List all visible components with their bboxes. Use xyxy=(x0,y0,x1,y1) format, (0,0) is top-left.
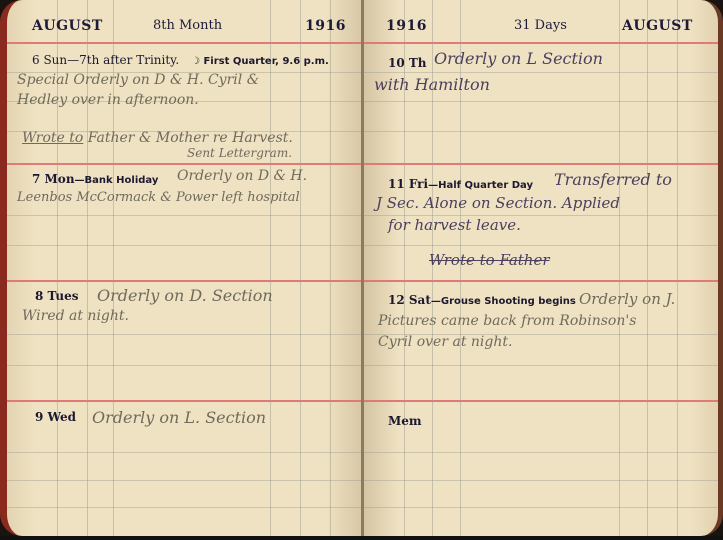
entry-line: Orderly on D. Section xyxy=(97,286,273,305)
entry-line: Orderly on J. xyxy=(579,290,675,308)
grid-line xyxy=(300,0,301,536)
day-6-label: 6 Sun—7th after Trinity. ☽ First Quarter… xyxy=(32,53,329,67)
day-10-label: 10 Th xyxy=(388,56,427,70)
wrote-to-label: Wrote to xyxy=(22,130,83,146)
day-8-label: 8 Tues xyxy=(35,289,78,303)
entry-line: Cyril over at night. xyxy=(378,334,512,350)
day-label: 8 Tues xyxy=(35,289,78,303)
header-year: 1916 xyxy=(305,18,346,34)
entry-text: Father & Mother re Harvest. xyxy=(88,130,293,146)
entry-line: Orderly on D & H. xyxy=(177,168,307,184)
red-rule xyxy=(364,280,718,282)
red-rule xyxy=(7,400,361,402)
ruled-line xyxy=(7,365,361,366)
ruled-line xyxy=(7,507,361,508)
entry-line: Transferred to xyxy=(554,170,672,189)
red-rule xyxy=(7,42,361,44)
entry-line: Hedley over in afternoon. xyxy=(17,92,199,108)
day-7-label: 7 Mon—Bank Holiday xyxy=(32,172,158,186)
day-label: 10 Th xyxy=(388,56,427,70)
ruled-line xyxy=(364,245,718,246)
red-rule xyxy=(7,280,361,282)
day-11-label: 11 Fri—Half Quarter Day xyxy=(388,177,533,191)
red-rule xyxy=(364,42,718,44)
header-month-number: 8th Month xyxy=(153,18,222,33)
ruled-line xyxy=(364,452,718,453)
entry-line: Wrote to Father & Mother re Harvest. xyxy=(22,130,293,146)
ruled-line xyxy=(7,245,361,246)
grid-line xyxy=(677,0,678,536)
ruled-line xyxy=(364,365,718,366)
right-diary-page: 1916 31 Days AUGUST 10 Th Orderly on L S… xyxy=(364,0,723,536)
entry-line: Orderly on L. Section xyxy=(92,408,266,427)
ruled-line xyxy=(364,72,718,73)
red-rule xyxy=(364,400,718,402)
entry-line: Pictures came back from Robinson's xyxy=(378,313,636,329)
entry-line: for harvest leave. xyxy=(388,216,521,234)
grouse-note: —Grouse Shooting begins xyxy=(431,296,576,307)
red-rule xyxy=(364,163,718,165)
day-9-label: 9 Wed xyxy=(35,410,76,424)
header-year: 1916 xyxy=(386,18,427,34)
header-days-count: 31 Days xyxy=(514,18,567,33)
ruled-line xyxy=(364,480,718,481)
ruled-line xyxy=(7,480,361,481)
day-label: 12 Sat xyxy=(388,293,431,307)
grid-line xyxy=(330,0,331,536)
ruled-line xyxy=(7,334,361,335)
entry-line: J Sec. Alone on Section. Applied xyxy=(376,194,620,212)
header-month: AUGUST xyxy=(32,18,103,34)
entry-line: Sent Lettergram. xyxy=(187,146,292,160)
ruled-line xyxy=(7,215,361,216)
grid-line xyxy=(619,0,620,536)
left-diary-page: AUGUST 8th Month 1916 6 Sun—7th after Tr… xyxy=(0,0,361,536)
entry-line: Special Orderly on D & H. Cyril & xyxy=(17,72,259,88)
entry-line: with Hamilton xyxy=(374,75,490,94)
day-label: 7 Mon xyxy=(32,172,75,186)
mem-label: Mem xyxy=(388,414,422,428)
entry-line: Orderly on L Section xyxy=(434,49,603,68)
bottom-edge xyxy=(0,536,723,540)
ruled-line xyxy=(364,101,718,102)
entry-line: Wrote to Father xyxy=(429,251,550,269)
day-label: 9 Wed xyxy=(35,410,76,424)
ruled-line xyxy=(364,131,718,132)
day-label: Mem xyxy=(388,414,422,428)
entry-line: Leenbos McCormack & Power left hospital xyxy=(17,190,300,205)
holiday-note: —Bank Holiday xyxy=(75,175,159,186)
day-label: 6 Sun—7th after Trinity. xyxy=(32,53,179,67)
grid-line xyxy=(270,0,271,536)
ruled-line xyxy=(364,507,718,508)
half-quarter-note: —Half Quarter Day xyxy=(428,180,533,191)
header-month: AUGUST xyxy=(622,18,693,34)
red-rule xyxy=(7,163,361,165)
ruled-line xyxy=(7,452,361,453)
entry-line: Wired at night. xyxy=(22,308,129,324)
grid-line xyxy=(647,0,648,536)
moon-phase-note: ☽ First Quarter, 9.6 p.m. xyxy=(191,56,329,67)
day-label: 11 Fri xyxy=(388,177,428,191)
day-12-label: 12 Sat—Grouse Shooting begins xyxy=(388,293,576,307)
